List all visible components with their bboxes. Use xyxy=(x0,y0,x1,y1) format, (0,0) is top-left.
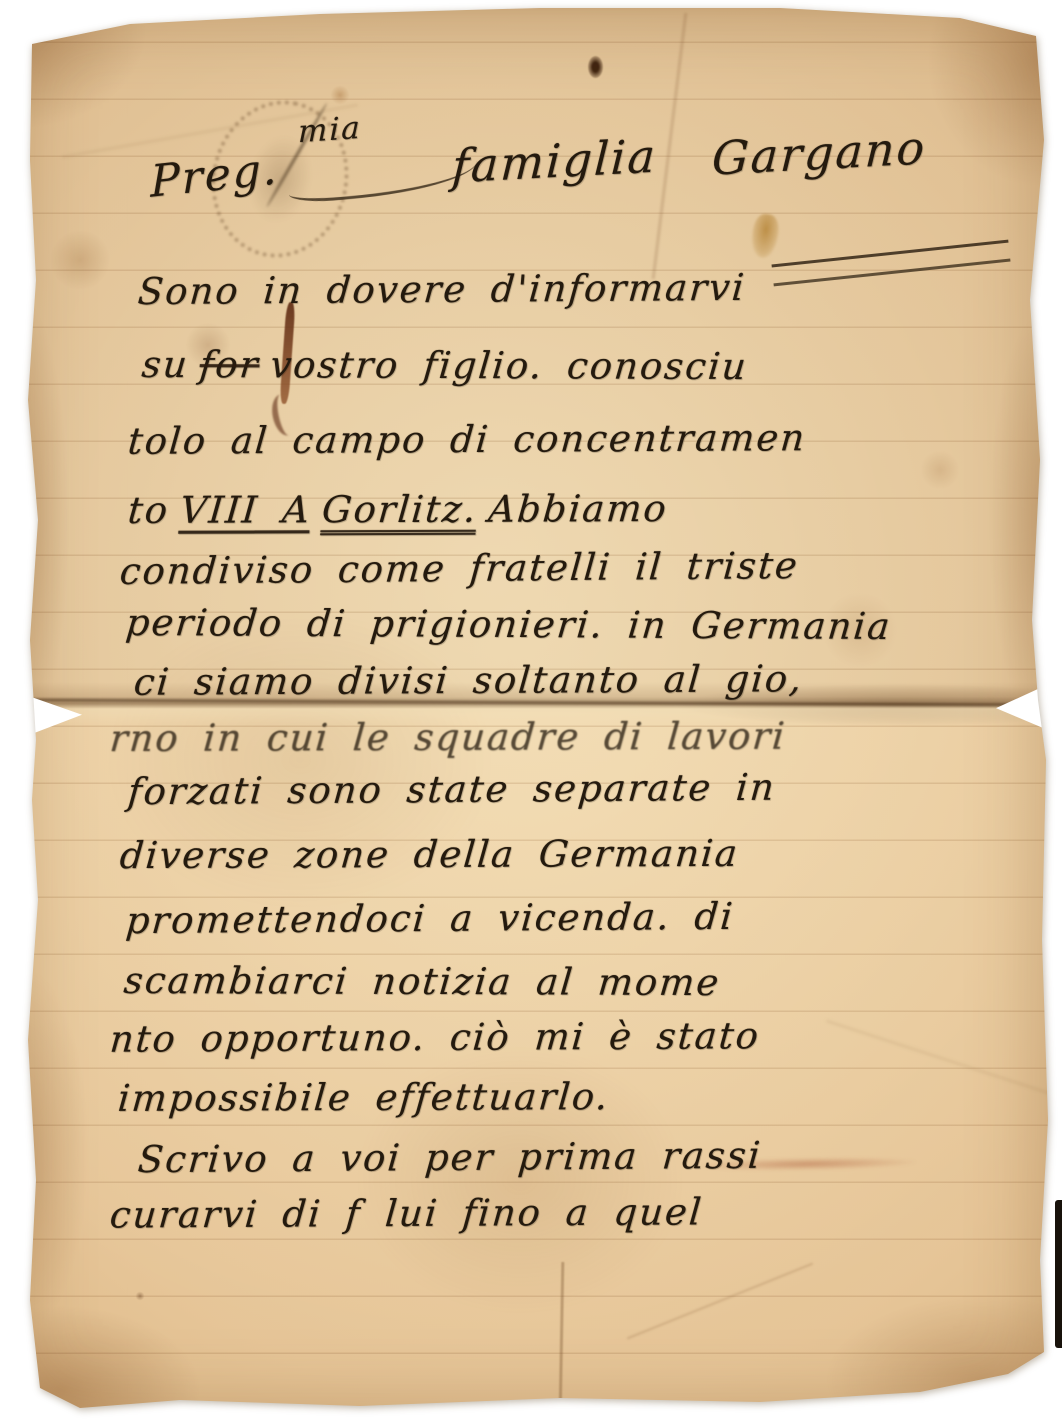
letter-line-1: Sono in dovere d'informarvi xyxy=(136,266,747,313)
scan-background: Preg. mia famiglia Gargano Sono in dover… xyxy=(0,0,1062,1428)
crossed-out-word: for xyxy=(198,343,262,386)
scan-edge-artifact xyxy=(1055,1200,1062,1348)
letter-line-5: condiviso come fratelli il triste xyxy=(118,544,800,593)
letter-line-13: nto opportuno. ciò mi è stato xyxy=(108,1014,762,1060)
letter-line-8: rno in cui le squadre di lavori xyxy=(108,715,788,760)
letter-line-2: suforvostro figlio. conosciu xyxy=(140,343,750,388)
family-name: Gargano xyxy=(711,120,928,185)
line4-post: Abbiamo xyxy=(487,487,670,531)
letter-line-12: scambiarci notizia al mome xyxy=(122,959,722,1004)
letter-line-15: Scrivo a voi per prima rassi xyxy=(136,1134,763,1181)
letter-paper: Preg. mia famiglia Gargano Sono in dover… xyxy=(0,0,1062,1428)
line2-pre: su xyxy=(140,343,191,386)
letter-line-14: impossibile effettuarlo. xyxy=(116,1075,611,1120)
line2-post: vostro figlio. conosciu xyxy=(269,343,750,388)
letter-line-3: tolo al campo di concentramen xyxy=(126,416,808,463)
paper-shadow-wrap: Preg. mia famiglia Gargano Sono in dover… xyxy=(0,0,1062,1428)
letter-line-6: periodo di prigionieri. in Germania xyxy=(124,601,893,648)
salutation-prefix: Preg. xyxy=(150,143,279,208)
letter-line-10: diverse zone della Germania xyxy=(118,832,741,877)
camp-number: VIII A xyxy=(178,488,313,531)
inserted-word: mia xyxy=(298,110,362,151)
letter-line-11: promettendoci a vicenda. di xyxy=(124,895,736,942)
family-name-underline xyxy=(772,240,1011,287)
letter-line-16: curarvi di f lui fino a quel xyxy=(108,1190,704,1236)
salutation-family-word: famiglia xyxy=(451,129,659,194)
camp-name: Gorlitz. xyxy=(320,488,479,532)
letter-line-4: toVIII AGorlitz.Abbiamo xyxy=(126,487,669,532)
letter-line-7: ci siamo divisi soltanto al gio, xyxy=(132,657,805,704)
insertion-flourish xyxy=(287,151,479,203)
letter-line-9: forzati sono state separate in xyxy=(126,766,777,814)
handwriting-layer: Preg. mia famiglia Gargano Sono in dover… xyxy=(0,0,1062,1428)
line4-pre: to xyxy=(126,489,171,532)
